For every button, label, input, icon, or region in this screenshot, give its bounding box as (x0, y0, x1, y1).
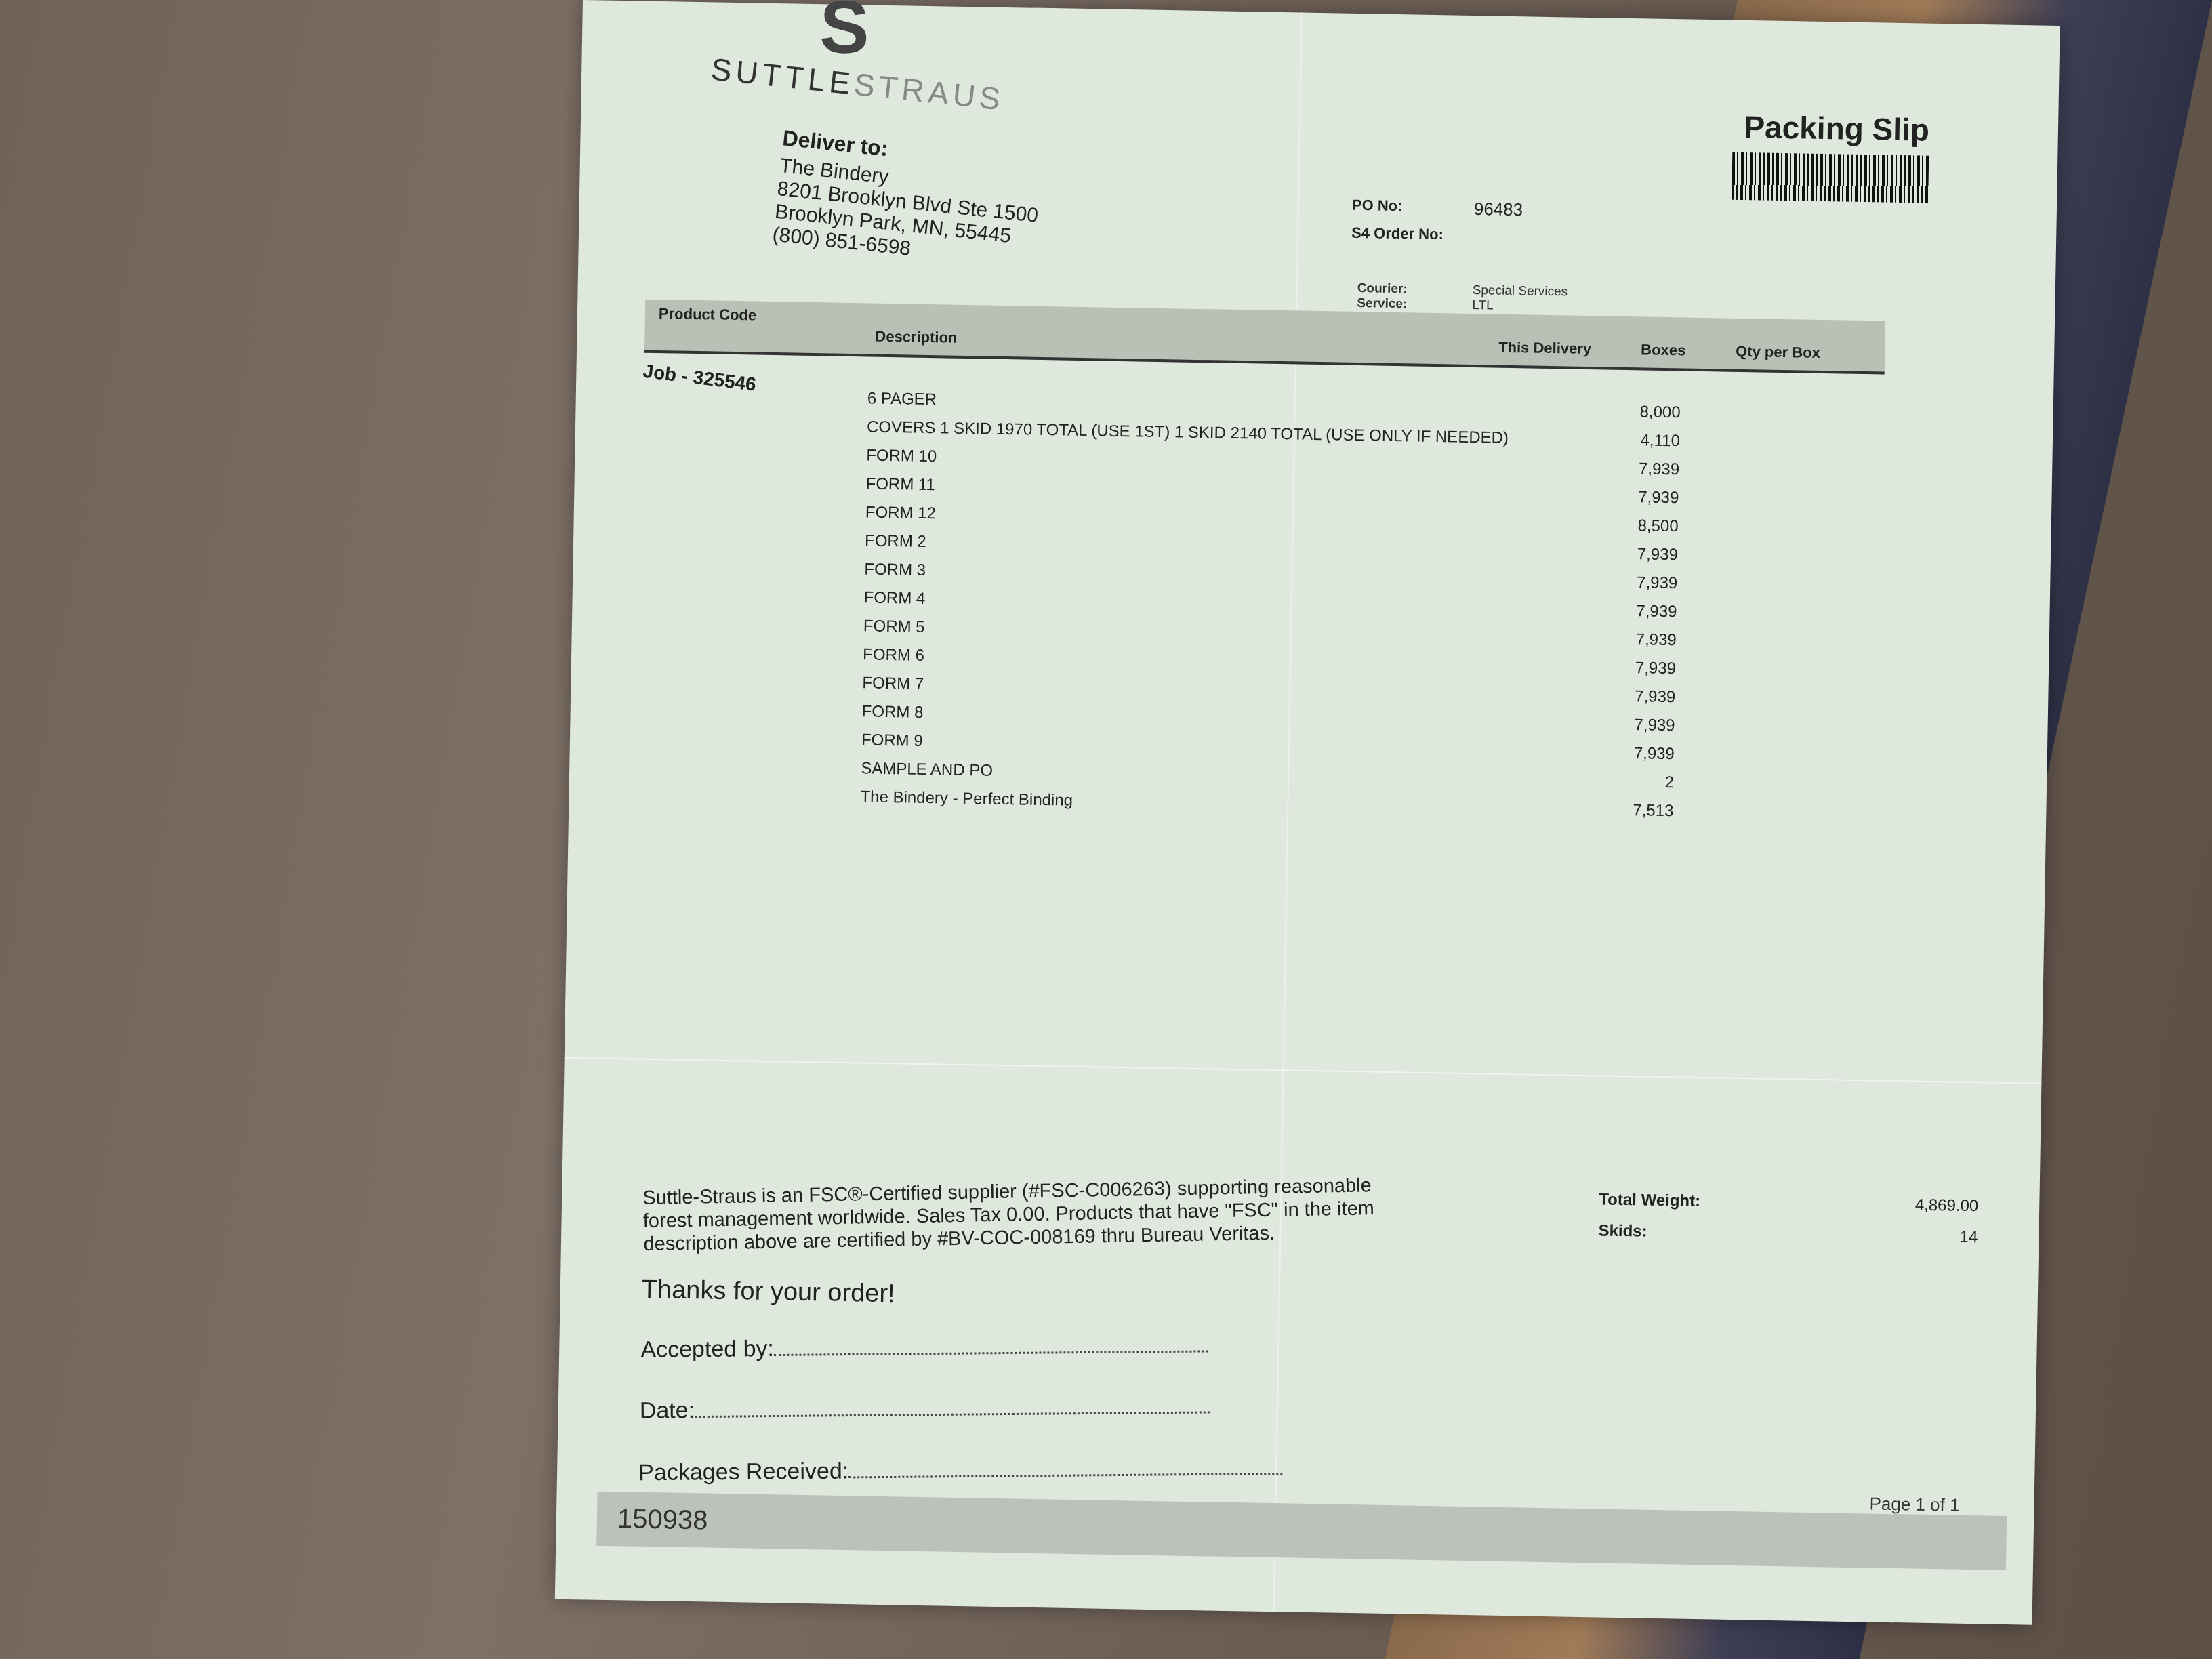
header-boxes: Boxes (1641, 341, 1685, 359)
row-description: FORM 2 (865, 531, 926, 552)
row-description: FORM 4 (863, 588, 925, 609)
row-description: FORM 9 (861, 731, 923, 751)
total-weight-value: 4,869.00 (1915, 1196, 1979, 1216)
shipping-info: Courier:Special Services Service:LTL (1357, 281, 1568, 314)
row-description: FORM 11 (865, 474, 935, 495)
courier-label: Courier: (1357, 281, 1432, 298)
row-qty: 7,939 (1544, 458, 1679, 479)
footer-bar: 150938 Page 1 of 1 (596, 1492, 2007, 1570)
header-product-code: Product Code (659, 305, 757, 325)
s4-order-label: S4 Order No: (1351, 224, 1446, 243)
packing-slip: S SUTTLESTRAUS Packing Slip Deliver to: … (555, 0, 2060, 1625)
row-qty: 7,939 (1539, 714, 1675, 735)
totals: Total Weight:4,869.00 Skids:14 (1598, 1190, 1979, 1259)
page-number: Page 1 of 1 (1869, 1493, 1960, 1515)
date-line: Date: (640, 1393, 1210, 1424)
barcode-icon (1732, 152, 1929, 203)
row-description: FORM 10 (866, 446, 937, 466)
row-qty: 7,939 (1542, 572, 1677, 593)
row-qty: 7,939 (1543, 487, 1679, 508)
job-number: Job - 325546 (642, 361, 758, 396)
courier-value: Special Services (1473, 283, 1568, 300)
row-description: FORM 3 (864, 560, 926, 580)
service-label: Service: (1357, 296, 1431, 312)
row-qty: 7,939 (1542, 544, 1678, 565)
row-description: 6 PAGER (867, 389, 937, 409)
row-description: FORM 8 (861, 702, 923, 722)
row-qty: 8,500 (1542, 515, 1678, 536)
packages-received-line: Packages Received: (638, 1454, 1282, 1486)
row-qty: 7,939 (1540, 657, 1676, 678)
row-description: FORM 12 (865, 503, 936, 523)
skids-label: Skids: (1598, 1221, 1647, 1241)
logo-s-icon: S (819, 0, 870, 70)
order-info: PO No:96483 S4 Order No: (1351, 197, 1523, 251)
row-description: The Bindery - Perfect Binding (860, 787, 1073, 810)
row-qty: 7,939 (1539, 743, 1675, 764)
row-qty: 7,939 (1541, 600, 1677, 621)
line-items: 6 PAGER8,000COVERS 1 SKID 1970 TOTAL (US… (860, 384, 1681, 825)
thanks-message: Thanks for your order! (641, 1275, 895, 1309)
header-description: Description (875, 328, 957, 347)
skids-value: 14 (1959, 1228, 1978, 1247)
fsc-note: Suttle-Straus is an FSC®-Certified suppl… (642, 1174, 1389, 1256)
row-qty: 2 (1538, 771, 1674, 792)
po-value: 96483 (1474, 199, 1523, 220)
header-qty-per-box: Qty per Box (1736, 343, 1820, 362)
row-description: FORM 6 (863, 645, 924, 665)
service-value: LTL (1472, 298, 1494, 314)
po-label: PO No: (1352, 197, 1448, 219)
logo-name-part2: STRAUS (853, 66, 1006, 117)
header-this-delivery: This Delivery (1498, 339, 1591, 358)
total-weight-label: Total Weight: (1599, 1190, 1700, 1211)
row-description: FORM 5 (863, 617, 925, 637)
row-qty: 8,000 (1544, 401, 1680, 422)
row-description: FORM 7 (862, 674, 924, 694)
row-qty: 7,939 (1540, 686, 1675, 707)
doc-title: Packing Slip (1744, 108, 1929, 148)
table-header: Product Code Description This Delivery B… (644, 300, 1885, 375)
footer-ref: 150938 (617, 1504, 708, 1536)
accepted-by-line: Accepted by: (640, 1332, 1208, 1363)
fold-line-horizontal (565, 1057, 2042, 1084)
row-qty: 7,939 (1541, 629, 1677, 650)
deliver-to-block: Deliver to: The Bindery 8201 Brooklyn Bl… (771, 125, 1045, 273)
row-qty: 7,513 (1538, 800, 1673, 821)
row-qty: 4,110 (1544, 430, 1680, 451)
row-description: SAMPLE AND PO (861, 759, 993, 780)
